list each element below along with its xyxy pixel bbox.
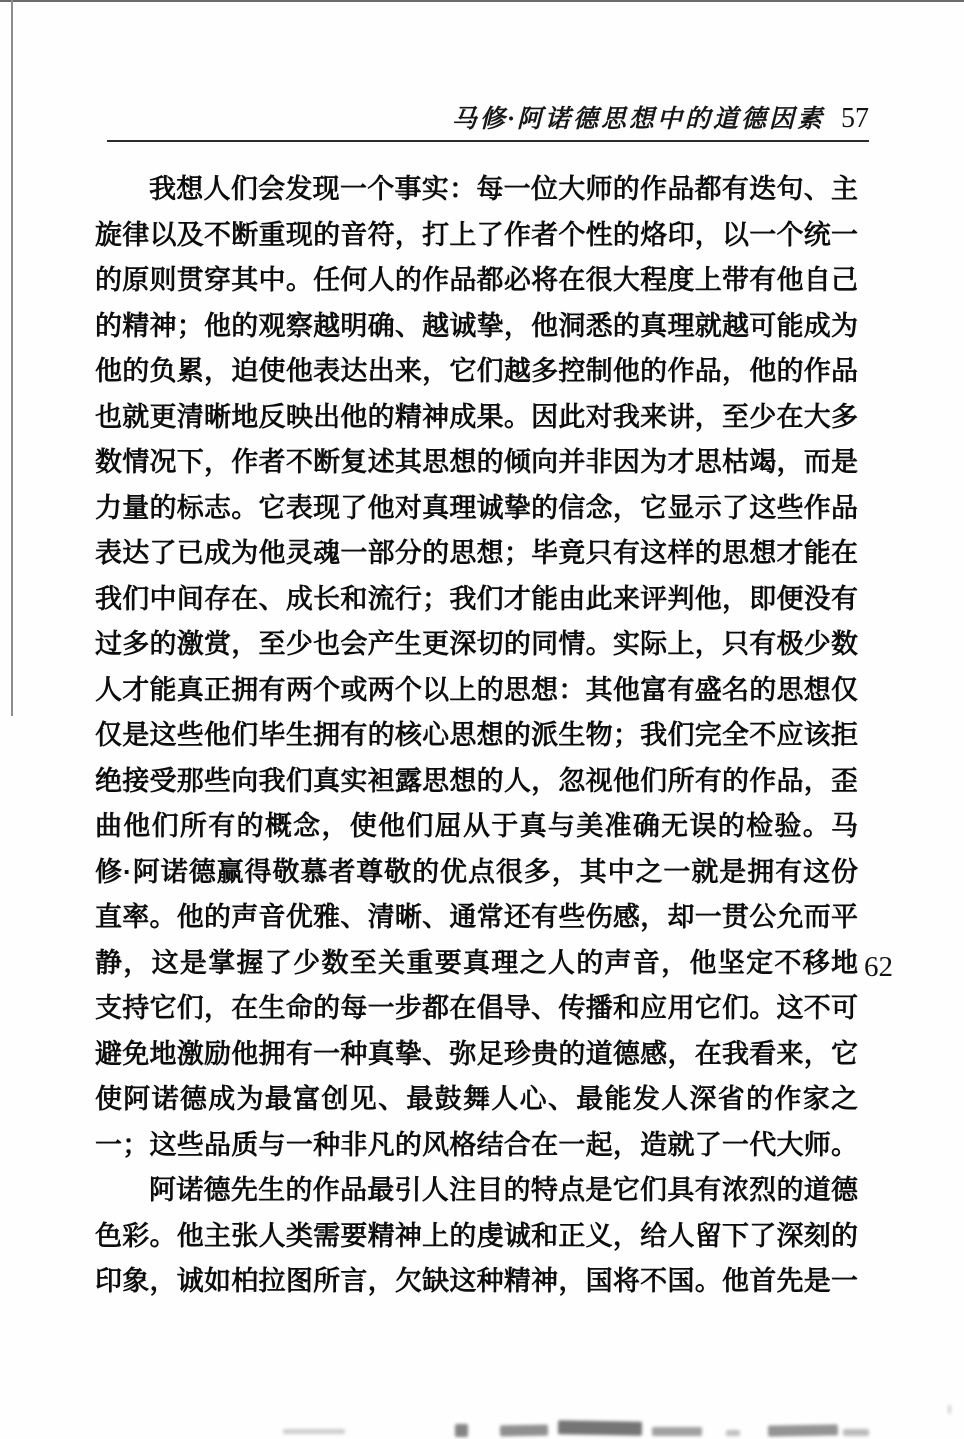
- text-line: 绝接受那些向我们真实袒露思想的人，忽视他们所有的作品，歪: [95, 759, 858, 805]
- running-head: 马修·阿诺德思想中的道德因素57: [0, 99, 869, 135]
- text-line: 也就更清晰地反映出他的精神成果。因此对我来讲，至少在大多: [95, 395, 858, 441]
- text-line: 旋律以及不断重现的音符，打上了作者个性的烙印，以一个统一: [95, 213, 858, 259]
- text-line: 避免地激励他拥有一种真挚、弥足珍贵的道德感，在我看来，它: [95, 1032, 858, 1078]
- scan-artifact: [500, 1425, 548, 1437]
- text-line: 数情况下，作者不断复述其思想的倾向并非因为才思枯竭，而是: [95, 440, 858, 486]
- scan-top-edge: [0, 0, 964, 2]
- text-line: 曲他们所有的概念，使他们屈从于真与美准确无误的检验。马: [95, 804, 858, 850]
- text-line: 静，这是掌握了少数至关重要真理之人的声音，他坚定不移地: [95, 941, 858, 987]
- scan-artifact: [843, 1429, 869, 1436]
- scan-artifact: [455, 1424, 468, 1437]
- text-line: 他的负累，迫使他表达出来，它们越多控制他的作品，他的作品: [95, 349, 858, 395]
- text-line: 支持它们，在生命的每一步都在倡导、传播和应用它们。这不可: [95, 986, 858, 1032]
- text-line: 我想人们会发现一个事实：每一位大师的作品都有迭句、主: [95, 167, 858, 213]
- scan-artifact: [558, 1420, 642, 1435]
- scan-artifact: [768, 1424, 838, 1436]
- text-line: 仅是这些他们毕生拥有的核心思想的派生物；我们完全不应该拒: [95, 713, 858, 759]
- text-line: 的精神；他的观察越明确、越诚挚，他洞悉的真理就越可能成为: [95, 304, 858, 350]
- text-line: 一；这些品质与一种非凡的风格结合在一起，造就了一代大师。: [95, 1123, 858, 1169]
- scan-artifact: [948, 1405, 951, 1414]
- text-line: 表达了已成为他灵魂一部分的思想；毕竟只有这样的思想才能在: [95, 531, 858, 577]
- book-page: 马修·阿诺德思想中的道德因素57 我想人们会发现一个事实：每一位大师的作品都有迭…: [0, 0, 964, 1439]
- text-line: 印象，诚如柏拉图所言，欠缺这种精神，国将不国。他首先是一: [95, 1259, 858, 1305]
- scan-artifact: [283, 1429, 345, 1434]
- page-number: 57: [841, 103, 869, 134]
- scan-artifact: [726, 1430, 740, 1436]
- text-line: 我们中间存在、成长和流行；我们才能由此来评判他，即便没有: [95, 577, 858, 623]
- text-line: 的原则贯穿其中。任何人的作品都必将在很大程度上带有他自己: [95, 258, 858, 304]
- text-line: 使阿诺德成为最富创见、最鼓舞人心、最能发人深省的作家之: [95, 1077, 858, 1123]
- header-rule: [107, 140, 869, 142]
- margin-page-marker: 62: [864, 951, 893, 984]
- scan-artifact: [652, 1427, 702, 1436]
- text-line: 力量的标志。它表现了他对真理诚挚的信念，它显示了这些作品: [95, 486, 858, 532]
- text-line: 阿诺德先生的作品最引人注目的特点是它们具有浓烈的道德: [95, 1168, 858, 1214]
- text-line: 色彩。他主张人类需要精神上的虔诚和正义，给人留下了深刻的: [95, 1214, 858, 1260]
- text-line: 人才能真正拥有两个或两个以上的思想：其他富有盛名的思想仅: [95, 668, 858, 714]
- text-line: 过多的激赏，至少也会产生更深切的同情。实际上，只有极少数: [95, 622, 858, 668]
- body-text: 我想人们会发现一个事实：每一位大师的作品都有迭句、主旋律以及不断重现的音符，打上…: [95, 167, 858, 1305]
- running-head-title: 马修·阿诺德思想中的道德因素: [452, 106, 825, 133]
- text-line: 直率。他的声音优雅、清晰、通常还有些伤感，却一贯公允而平: [95, 895, 858, 941]
- text-line: 修·阿诺德赢得敬慕者尊敬的优点很多，其中之一就是拥有这份: [95, 850, 858, 896]
